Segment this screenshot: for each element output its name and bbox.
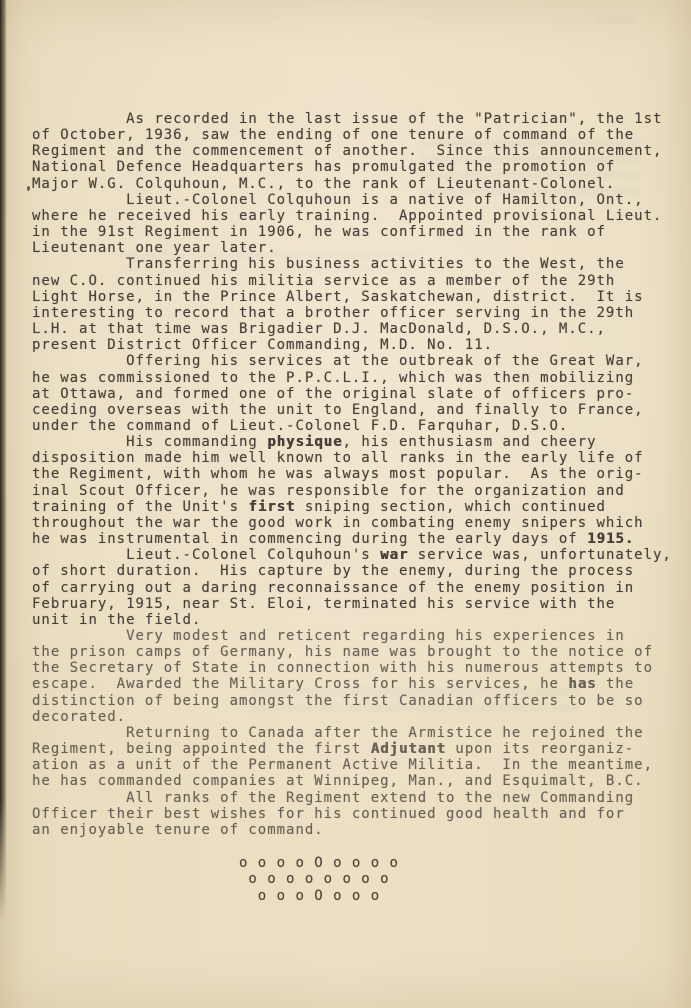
text-line: Lieut.-Colonel Colquhoun is a native of … bbox=[32, 192, 672, 208]
text-line: escape. Awarded the Military Cross for h… bbox=[32, 676, 672, 692]
text-line: Lieutenant one year later. bbox=[32, 240, 672, 256]
scan-gutter-shadow bbox=[0, 0, 7, 932]
text-line: National Defence Headquarters has promul… bbox=[32, 159, 672, 175]
text-line: ation as a unit of the Permanent Active … bbox=[32, 757, 672, 773]
scanned-document-page: As recorded in the last issue of the "Pa… bbox=[0, 0, 691, 1008]
ink-speck bbox=[27, 186, 30, 191]
overstruck-word: first bbox=[248, 499, 295, 515]
overstruck-word: physique bbox=[267, 434, 342, 450]
text-line: unit in the field. bbox=[32, 612, 672, 628]
text-line: the prison camps of Germany, his name wa… bbox=[32, 644, 672, 660]
text-line: Regiment and the commencement of another… bbox=[32, 143, 672, 159]
text-line: the Secretary of State in connection wit… bbox=[32, 660, 672, 676]
text-line: at Ottawa, and formed one of the origina… bbox=[32, 386, 672, 402]
ornament-line: o o o o O o o o o bbox=[32, 855, 399, 871]
text-line: training of the Unit's first sniping sec… bbox=[32, 499, 672, 515]
text-line: decorated. bbox=[32, 709, 672, 725]
text-line: an enjoyable tenure of command. bbox=[32, 822, 672, 838]
text-line: L.H. at that time was Brigadier D.J. Mac… bbox=[32, 321, 672, 337]
overstruck-word: has bbox=[568, 676, 596, 692]
text-line: of October, 1936, saw the ending of one … bbox=[32, 127, 672, 143]
text-line: he was instrumental in commencing during… bbox=[32, 531, 672, 547]
text-line: As recorded in the last issue of the "Pa… bbox=[32, 111, 672, 127]
text-line: in the 91st Regiment in 1906, he was con… bbox=[32, 224, 672, 240]
overstruck-word: Adjutant bbox=[371, 741, 446, 757]
text-line: distinction of being amongst the first C… bbox=[32, 693, 672, 709]
text-line: interesting to record that a brother off… bbox=[32, 305, 672, 321]
text-line: where he received his early training. Ap… bbox=[32, 208, 672, 224]
text-line: he has commanded companies at Winnipeg, … bbox=[32, 773, 672, 789]
text-line: inal Scout Officer, he was responsible f… bbox=[32, 483, 672, 499]
ornament-line: o o o o o o o o bbox=[32, 871, 399, 887]
text-line: Transferring his business activities to … bbox=[32, 256, 672, 272]
text-line: Returning to Canada after the Armistice … bbox=[32, 725, 672, 741]
text-line: Light Horse, in the Prince Albert, Saska… bbox=[32, 289, 672, 305]
text-line: Regiment, being appointed the first Adju… bbox=[32, 741, 672, 757]
ink-bleedthrough-smudge bbox=[595, 16, 635, 30]
text-line: he was commissioned to the P.P.C.L.I., w… bbox=[32, 370, 672, 386]
text-line: throughout the war the good work in comb… bbox=[32, 515, 672, 531]
text-line: Major W.G. Colquhoun, M.C., to the rank … bbox=[32, 176, 672, 192]
text-line: ceeding overseas with the unit to Englan… bbox=[32, 402, 672, 418]
text-line: present District Officer Commanding, M.D… bbox=[32, 337, 672, 353]
text-line: Officer their best wishes for his contin… bbox=[32, 806, 672, 822]
text-line: of carrying out a daring reconnaissance … bbox=[32, 580, 672, 596]
text-line: disposition made him well known to all r… bbox=[32, 450, 672, 466]
text-line: Very modest and reticent regarding his e… bbox=[32, 628, 672, 644]
text-line: under the command of Lieut.-Colonel F.D.… bbox=[32, 418, 672, 434]
text-line: Lieut.-Colonel Colquhoun's war service w… bbox=[32, 547, 672, 563]
overstruck-word: 1915. bbox=[587, 531, 634, 547]
text-line: Offering his services at the outbreak of… bbox=[32, 353, 672, 369]
text-line: new C.O. continued his militia service a… bbox=[32, 273, 672, 289]
ornament-line: o o o O o o o bbox=[32, 888, 399, 904]
typewritten-body-text: As recorded in the last issue of the "Pa… bbox=[32, 111, 672, 838]
overstruck-word: war bbox=[380, 547, 408, 563]
text-line: All ranks of the Regiment extend to the … bbox=[32, 790, 672, 806]
text-line: His commanding physique, his enthusiasm … bbox=[32, 434, 672, 450]
text-line: of short duration. His capture by the en… bbox=[32, 563, 672, 579]
text-line: February, 1915, near St. Eloi, terminate… bbox=[32, 596, 672, 612]
text-line: the Regiment, with whom he was always mo… bbox=[32, 466, 672, 482]
ornament-divider: o o o o O o o o o o o o o o o o o o o o … bbox=[32, 855, 399, 904]
